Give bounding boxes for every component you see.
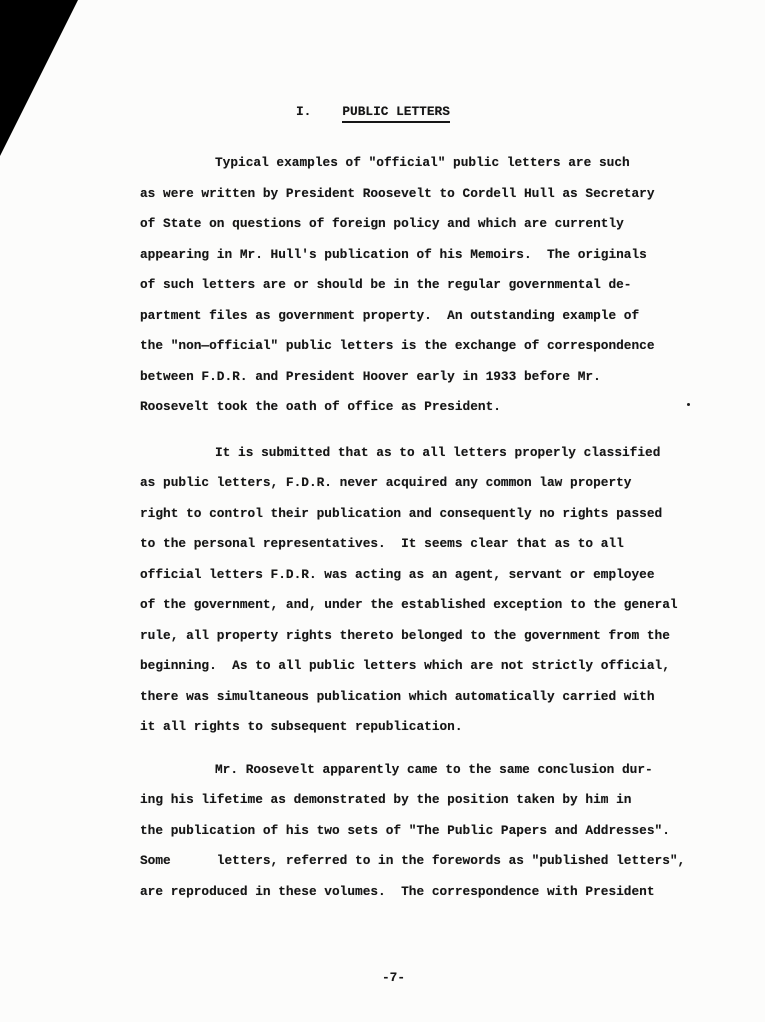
text-line: the publication of his two sets of "The … (140, 816, 700, 847)
text-line: between F.D.R. and President Hoover earl… (140, 362, 700, 393)
section-title: PUBLIC LETTERS (342, 104, 450, 123)
text-line: are reproduced in these volumes. The cor… (140, 877, 700, 908)
text-line: of the government, and, under the establ… (140, 590, 700, 621)
document-page: I.PUBLIC LETTERS Typical examples of "of… (0, 0, 765, 1022)
text-line: it all rights to subsequent republicatio… (140, 712, 700, 743)
scan-corner-artifact (0, 0, 78, 156)
text-line: of State on questions of foreign policy … (140, 209, 700, 240)
text-line: Typical examples of "official" public le… (140, 148, 700, 179)
text-line: to the personal representatives. It seem… (140, 529, 700, 560)
paragraph: It is submitted that as to all letters p… (140, 438, 700, 743)
text-line: as public letters, F.D.R. never acquired… (140, 468, 700, 499)
text-line: official letters F.D.R. was acting as an… (140, 560, 700, 591)
text-line: as were written by President Roosevelt t… (140, 179, 700, 210)
text-line: there was simultaneous publication which… (140, 682, 700, 713)
document-body: Typical examples of "official" public le… (140, 148, 700, 907)
text-line: Some letters, referred to in the forewor… (140, 846, 700, 877)
section-number: I. (296, 104, 311, 119)
page-number: -7- (382, 969, 405, 987)
section-heading: I.PUBLIC LETTERS (296, 104, 450, 123)
text-line: It is submitted that as to all letters p… (140, 438, 700, 469)
text-line: right to control their publication and c… (140, 499, 700, 530)
text-line: Roosevelt took the oath of office as Pre… (140, 392, 700, 423)
text-line: Mr. Roosevelt apparently came to the sam… (140, 755, 700, 786)
paragraph: Typical examples of "official" public le… (140, 148, 700, 423)
text-line: rule, all property rights thereto belong… (140, 621, 700, 652)
text-line: the "non—official" public letters is the… (140, 331, 700, 362)
text-line: beginning. As to all public letters whic… (140, 651, 700, 682)
text-line: ing his lifetime as demonstrated by the … (140, 785, 700, 816)
text-line: of such letters are or should be in the … (140, 270, 700, 301)
scan-artifact-dot (687, 403, 690, 406)
paragraph: Mr. Roosevelt apparently came to the sam… (140, 755, 700, 908)
text-line: partment files as government property. A… (140, 301, 700, 332)
text-line: appearing in Mr. Hull's publication of h… (140, 240, 700, 271)
